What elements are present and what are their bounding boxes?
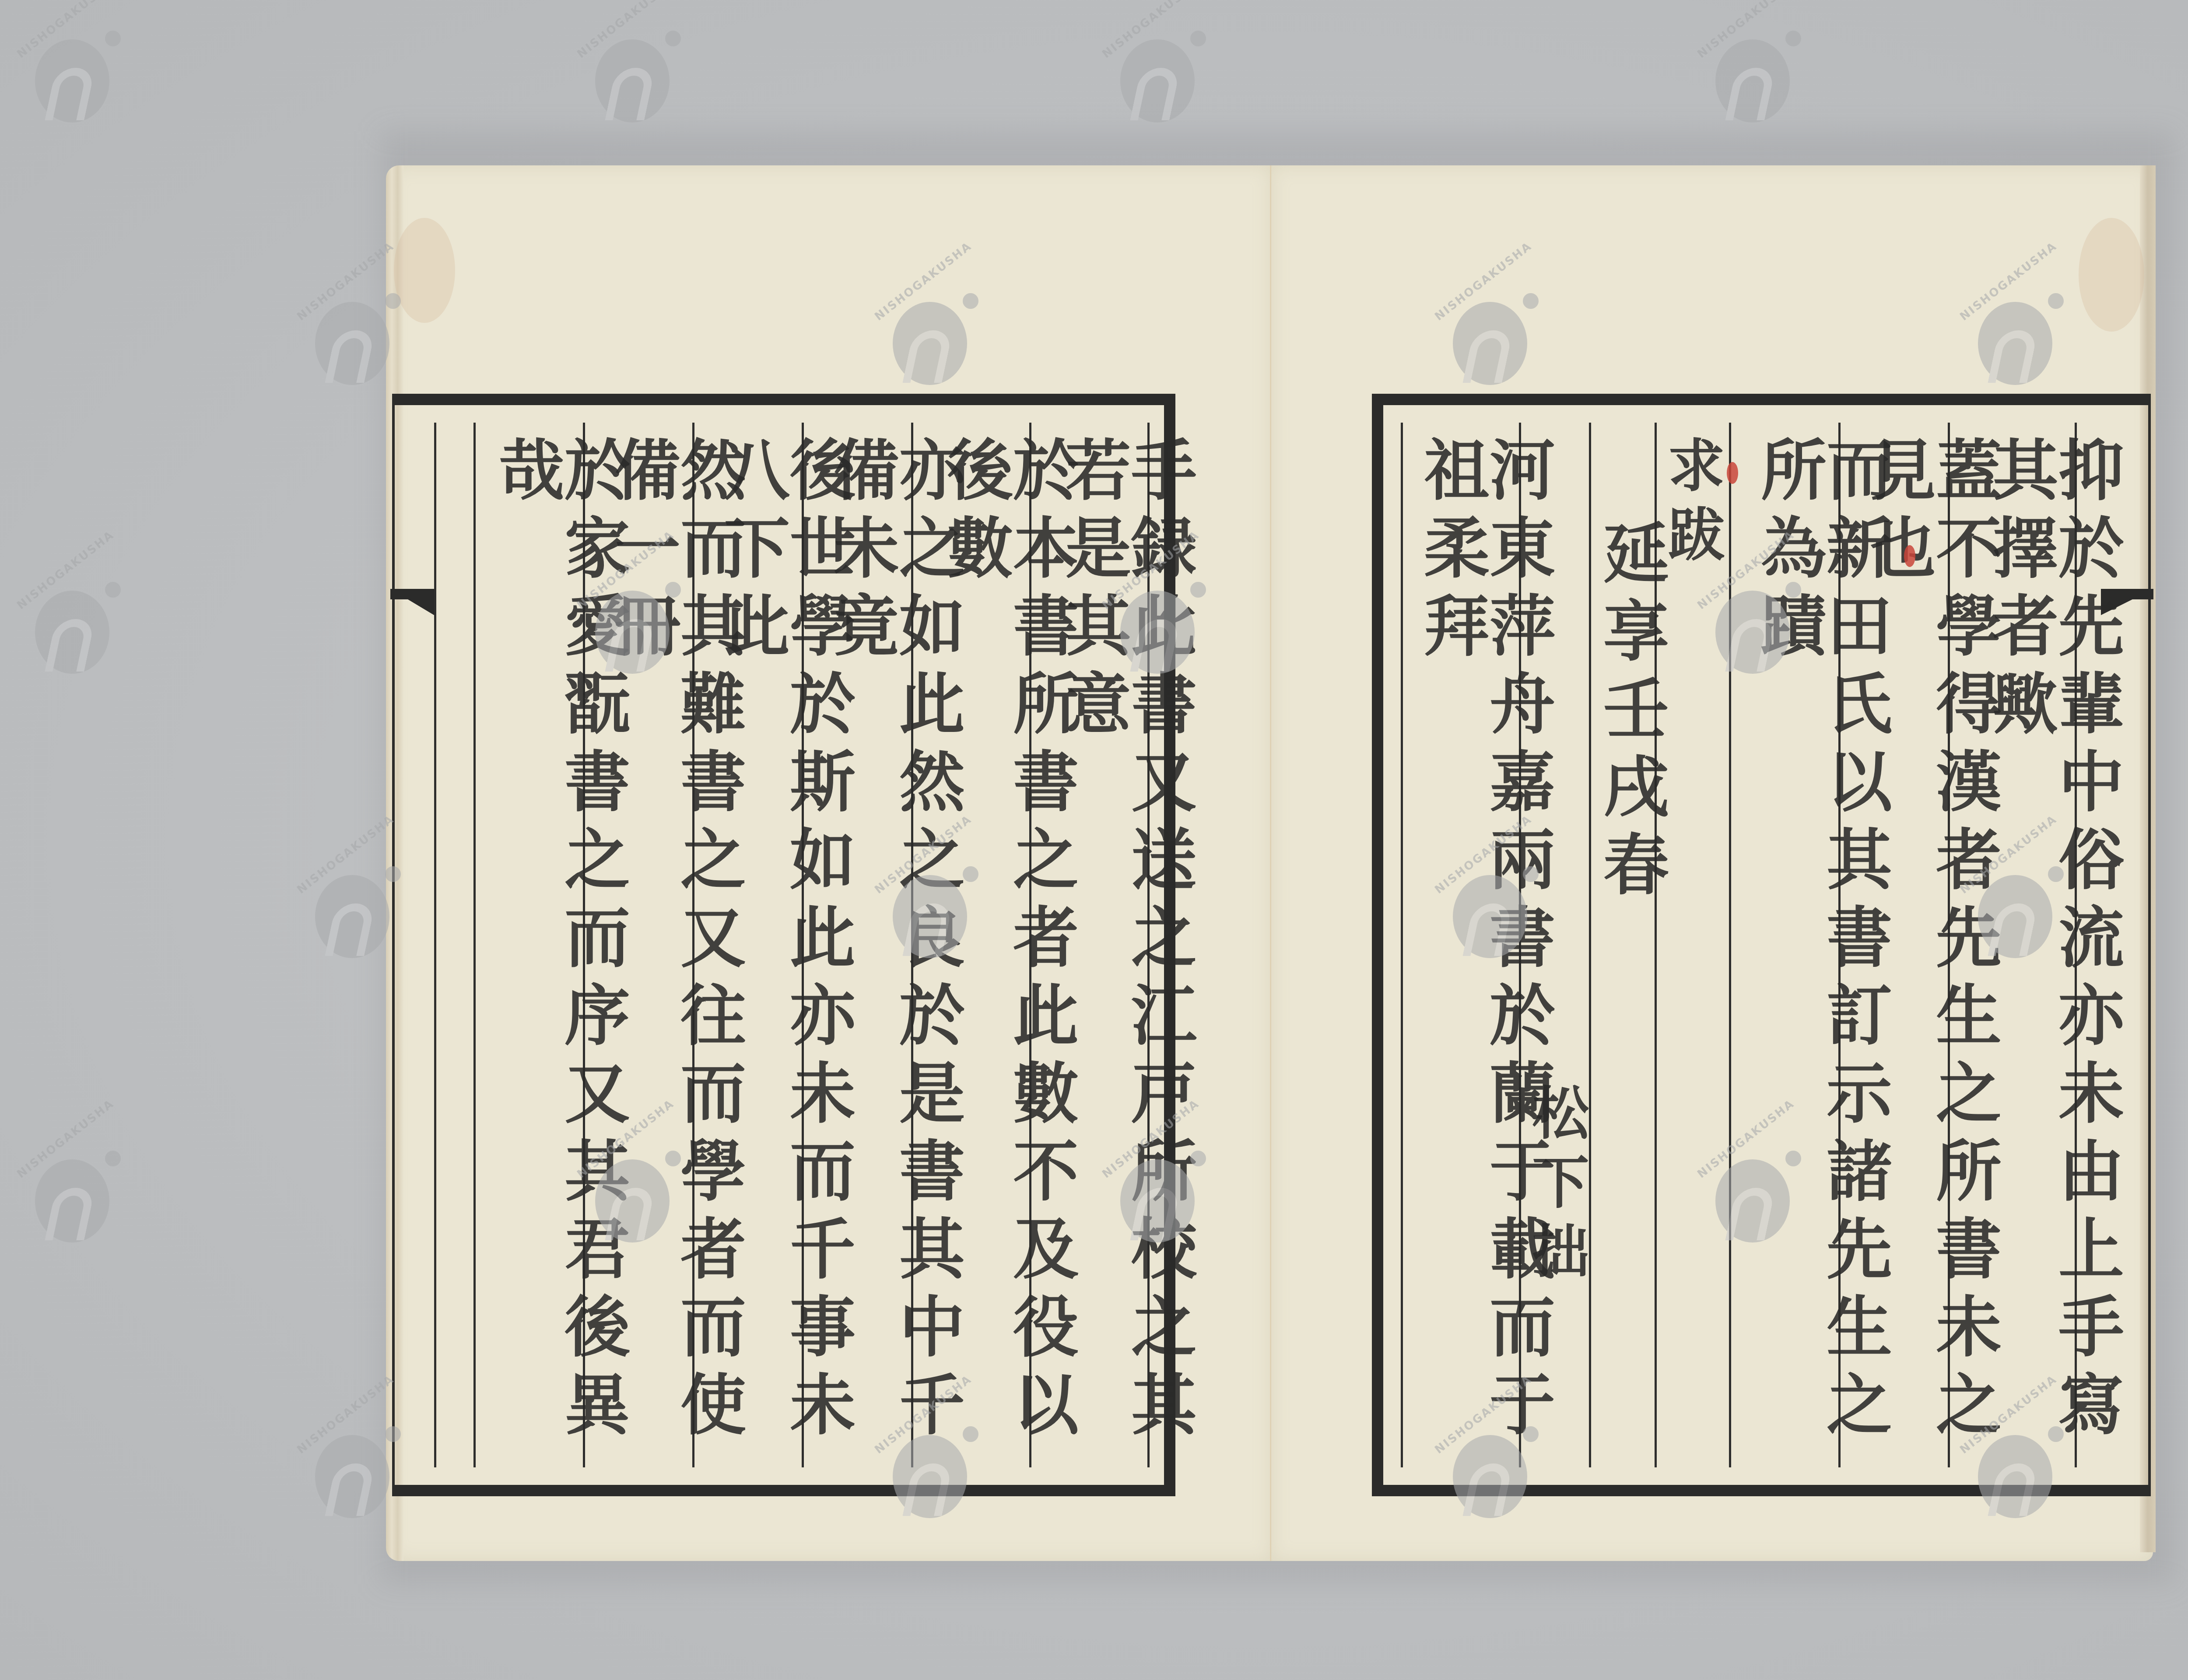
date-line: 延享壬戌春	[1598, 519, 1663, 908]
column-rule	[1401, 423, 1403, 1467]
nishogakusha-logo-icon: NISHOGAKUSHA	[298, 1413, 411, 1527]
paper-stain	[2079, 218, 2144, 332]
nishogakusha-logo-icon: NISHOGAKUSHA	[18, 1137, 131, 1251]
nishogakusha-logo-icon: NISHOGAKUSHA	[578, 17, 691, 131]
nishogakusha-logo-icon: NISHOGAKUSHA	[1435, 280, 1549, 394]
column-rule	[473, 423, 476, 1467]
column-rule	[1589, 423, 1591, 1467]
nishogakusha-logo-icon: NISHOGAKUSHA	[18, 569, 131, 682]
nishogakusha-logo-icon: NISHOGAKUSHA	[1698, 569, 1812, 682]
nishogakusha-logo-icon: NISHOGAKUSHA	[1435, 1413, 1549, 1527]
nishogakusha-logo-icon: NISHOGAKUSHA	[578, 1137, 691, 1251]
fishtail-mark	[390, 589, 434, 615]
text-column: 求跋	[1663, 436, 1720, 574]
nishogakusha-logo-icon: NISHOGAKUSHA	[1960, 1413, 2074, 1527]
nishogakusha-logo-icon: NISHOGAKUSHA	[1103, 1137, 1217, 1251]
nishogakusha-logo-icon: NISHOGAKUSHA	[578, 569, 691, 682]
nishogakusha-logo-icon: NISHOGAKUSHA	[1960, 853, 2074, 967]
nishogakusha-logo-icon: NISHOGAKUSHA	[1435, 853, 1549, 967]
nishogakusha-logo-icon: NISHOGAKUSHA	[875, 1413, 989, 1527]
left-page-frame: 手録此書又送之江戸所校之其若是其意 於本書所書之者此數不及役以後數 亦之如此然之…	[392, 394, 1175, 1496]
nishogakusha-logo-icon: NISHOGAKUSHA	[875, 853, 989, 967]
open-book: 手録此書又送之江戸所校之其若是其意 於本書所書之者此數不及役以後數 亦之如此然之…	[389, 165, 2153, 1561]
nishogakusha-logo-icon: NISHOGAKUSHA	[298, 280, 411, 394]
nishogakusha-logo-icon: NISHOGAKUSHA	[1103, 17, 1217, 131]
nishogakusha-logo-icon: NISHOGAKUSHA	[1698, 17, 1812, 131]
nishogakusha-logo-icon: NISHOGAKUSHA	[18, 17, 131, 131]
red-annotation-mark	[1727, 462, 1738, 484]
nishogakusha-logo-icon: NISHOGAKUSHA	[1960, 280, 2074, 394]
nishogakusha-logo-icon: NISHOGAKUSHA	[875, 280, 989, 394]
nishogakusha-logo-icon: NISHOGAKUSHA	[298, 853, 411, 967]
nishogakusha-logo-icon: NISHOGAKUSHA	[1698, 1137, 1812, 1251]
left-page: 手録此書又送之江戸所校之其若是其意 於本書所書之者此數不及役以後數 亦之如此然之…	[389, 165, 1271, 1561]
red-annotation-mark	[1904, 545, 1915, 567]
column-rule	[434, 423, 436, 1467]
nishogakusha-logo-icon: NISHOGAKUSHA	[1103, 569, 1217, 682]
